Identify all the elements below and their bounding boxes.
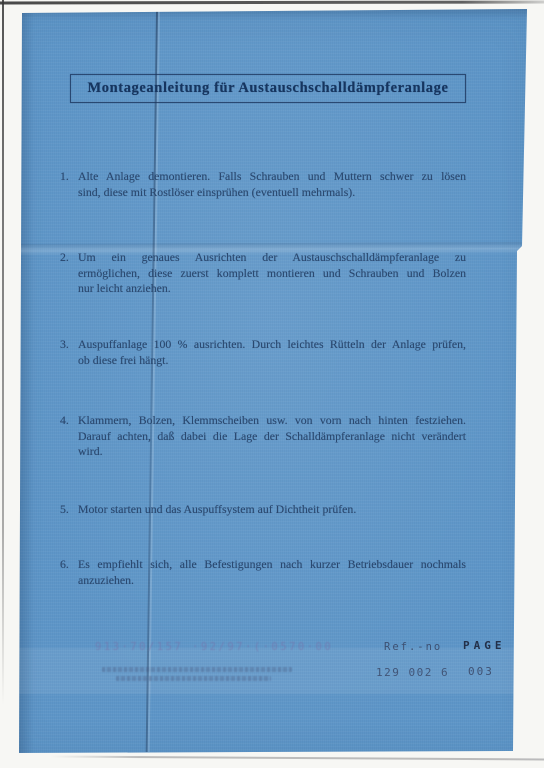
item-text: Um ein genaues Ausrichten der Austauschs… bbox=[78, 250, 466, 297]
instruction-item: 1.Alte Anlage demontieren. Falls Schraub… bbox=[60, 169, 466, 200]
item-line: anzuziehen. bbox=[78, 573, 466, 589]
page-value: 003 bbox=[468, 665, 494, 678]
print-code: 913·70/157 ·92/97·(·0570·00 bbox=[95, 641, 333, 653]
scanner-edge-top bbox=[0, 1, 544, 5]
item-text: Motor starten und das Auspuffsystem auf … bbox=[78, 502, 466, 518]
item-number: 4. bbox=[60, 413, 69, 429]
item-line: Es empfiehlt sich, alle Befestigungen na… bbox=[78, 557, 466, 573]
item-number: 2. bbox=[60, 250, 69, 266]
item-line: Auspuffanlage 100 % ausrichten. Durch le… bbox=[78, 337, 466, 353]
item-line: ob diese frei hängt. bbox=[78, 353, 466, 369]
item-line: sind, diese mit Rostlöser einsprühen (ev… bbox=[78, 185, 466, 201]
illegible-fine-print-line bbox=[102, 667, 292, 672]
title-box: Montageanleitung für Austauschschalldämp… bbox=[70, 74, 466, 103]
scanner-edge-left bbox=[2, 0, 4, 705]
instruction-item: 6.Es empfiehlt sich, alle Befestigungen … bbox=[60, 557, 466, 588]
scanner-edge-bottom bbox=[50, 755, 544, 760]
item-line: Alte Anlage demontieren. Falls Schrauben… bbox=[78, 169, 466, 185]
instruction-item: 5.Motor starten und das Auspuffsystem au… bbox=[60, 502, 466, 518]
item-line: ermöglichen, diese zuerst komplett monti… bbox=[78, 266, 466, 282]
item-line: nur leicht anziehen. bbox=[78, 281, 466, 297]
item-line: Klammern, Bolzen, Klemmscheiben usw. von… bbox=[78, 413, 466, 429]
document-title: Montageanleitung für Austauschschalldämp… bbox=[87, 80, 448, 97]
instruction-item: 4.Klammern, Bolzen, Klemmscheiben usw. v… bbox=[60, 413, 466, 460]
illegible-fine-print-line bbox=[116, 676, 271, 681]
item-line: wird. bbox=[78, 444, 466, 460]
item-text: Klammern, Bolzen, Klemmscheiben usw. von… bbox=[78, 413, 466, 460]
item-number: 3. bbox=[60, 337, 69, 353]
blue-paper-sheet: Montageanleitung für Austauschschalldämp… bbox=[0, 0, 544, 768]
scanned-document: Montageanleitung für Austauschschalldämp… bbox=[0, 0, 544, 768]
paper-top-shadow bbox=[0, 9, 544, 19]
instruction-item: 3.Auspuffanlage 100 % ausrichten. Durch … bbox=[60, 337, 466, 368]
ref-no-value: 129 002 6 bbox=[376, 666, 449, 679]
instruction-item: 2.Um ein genaues Ausrichten der Austausc… bbox=[60, 250, 466, 297]
item-number: 6. bbox=[60, 557, 69, 573]
ref-no-label: Ref.-no bbox=[384, 641, 442, 653]
item-line: Motor starten und das Auspuffsystem auf … bbox=[78, 502, 466, 518]
item-number: 5. bbox=[60, 502, 69, 518]
page-label: PAGE bbox=[463, 639, 506, 652]
item-text: Auspuffanlage 100 % ausrichten. Durch le… bbox=[78, 337, 466, 368]
item-line: Darauf achten, daß dabei die Lage der Sc… bbox=[78, 429, 466, 445]
item-text: Es empfiehlt sich, alle Befestigungen na… bbox=[78, 557, 466, 588]
item-line: Um ein genaues Ausrichten der Austauschs… bbox=[78, 250, 466, 266]
item-number: 1. bbox=[60, 169, 69, 185]
item-text: Alte Anlage demontieren. Falls Schrauben… bbox=[78, 169, 466, 200]
